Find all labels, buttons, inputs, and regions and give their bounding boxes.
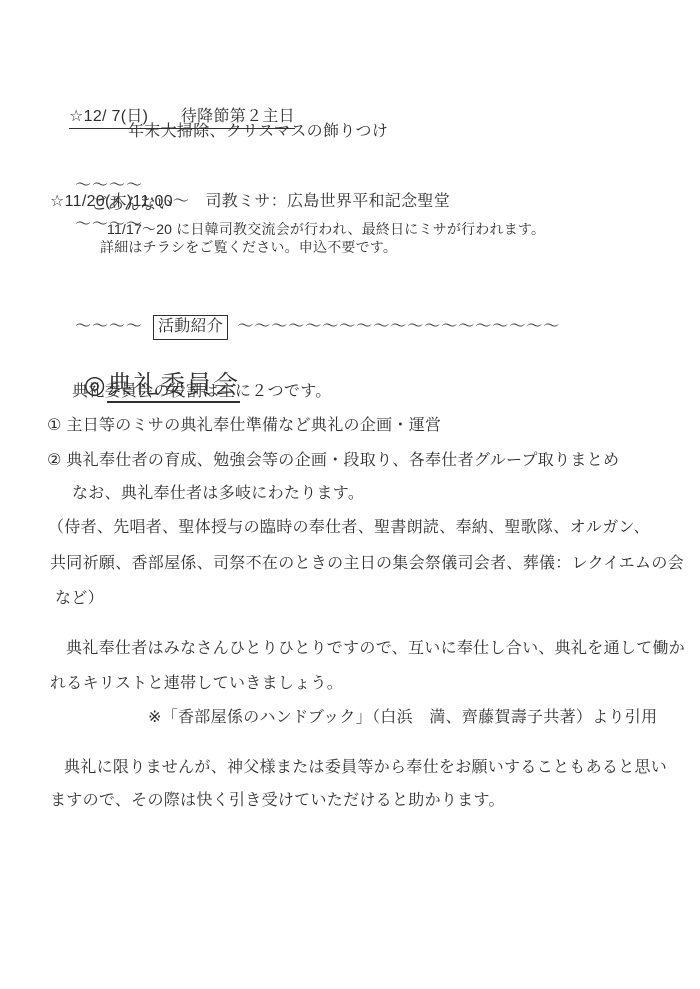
activity-banner-left-waves: ～～～～ <box>75 318 143 335</box>
committee-citation: ※「香部屋係のハンドブック」（白浜 満、齊藤賀壽子共著）より引用 <box>148 708 657 727</box>
activity-banner-right-waves: ～～～～～～～～～～～～～～～～～～～ <box>237 318 560 335</box>
committee-closing-line-2: ますので、その際は快く引き受けていただけると助かります。 <box>50 791 505 810</box>
committee-role-1: ① 主日等のミサの典礼奉仕準備など典礼の企画・運営 <box>47 416 441 435</box>
committee-message-line-2: れるキリストと連帯していきましょう。 <box>50 674 343 693</box>
document-page: ☆12/ 7(日) 待降節第２主日 年末大掃除、クリスマスの飾りつけ ～～～～ … <box>0 0 700 989</box>
committee-message-line-1: 典礼奉仕者はみなさんひとりひとりですので、互いに奉仕し合い、典礼を通して働か <box>66 639 685 658</box>
bishop-mass-title: ☆11/20(木)11:00～ 司教ミサ：広島世界平和記念聖堂 <box>50 192 450 211</box>
bishop-mass-note-1: 11/17～20 に日韓司教交流会が行われ、最終日にミサが行われます。 <box>107 221 545 238</box>
committee-servers-line-3: など） <box>55 589 104 608</box>
committee-role-2: ② 典礼奉仕者の育成、勉強会等の企画・段取り、各奉仕者グループ取りまとめ <box>47 451 619 470</box>
advent-announcement-detail: 年末大掃除、クリスマスの飾りつけ <box>128 122 388 141</box>
committee-closing-line-1: 典礼に限りませんが、神父様または委員等から奉仕をお願いすることもあると思い <box>64 758 667 777</box>
activity-banner-label: 活動紹介 <box>153 315 228 340</box>
bishop-mass-note-2: 詳細はチラシをご覧ください。申込不要です。 <box>100 239 397 256</box>
committee-servers-line-2: 共同祈願、香部屋係、司祭不在のときの主日の集会祭儀司会者、葬儀：レクイエムの会 <box>50 554 684 573</box>
committee-servers-line-1: （侍者、先唱者、聖体授与の臨時の奉仕者、聖書朗読、奉納、聖歌隊、オルガン、 <box>48 518 650 537</box>
committee-intro: 典礼委員会の役割は主に２つです。 <box>72 382 332 401</box>
committee-note: なお、典礼奉仕者は多岐にわたります。 <box>72 484 364 503</box>
